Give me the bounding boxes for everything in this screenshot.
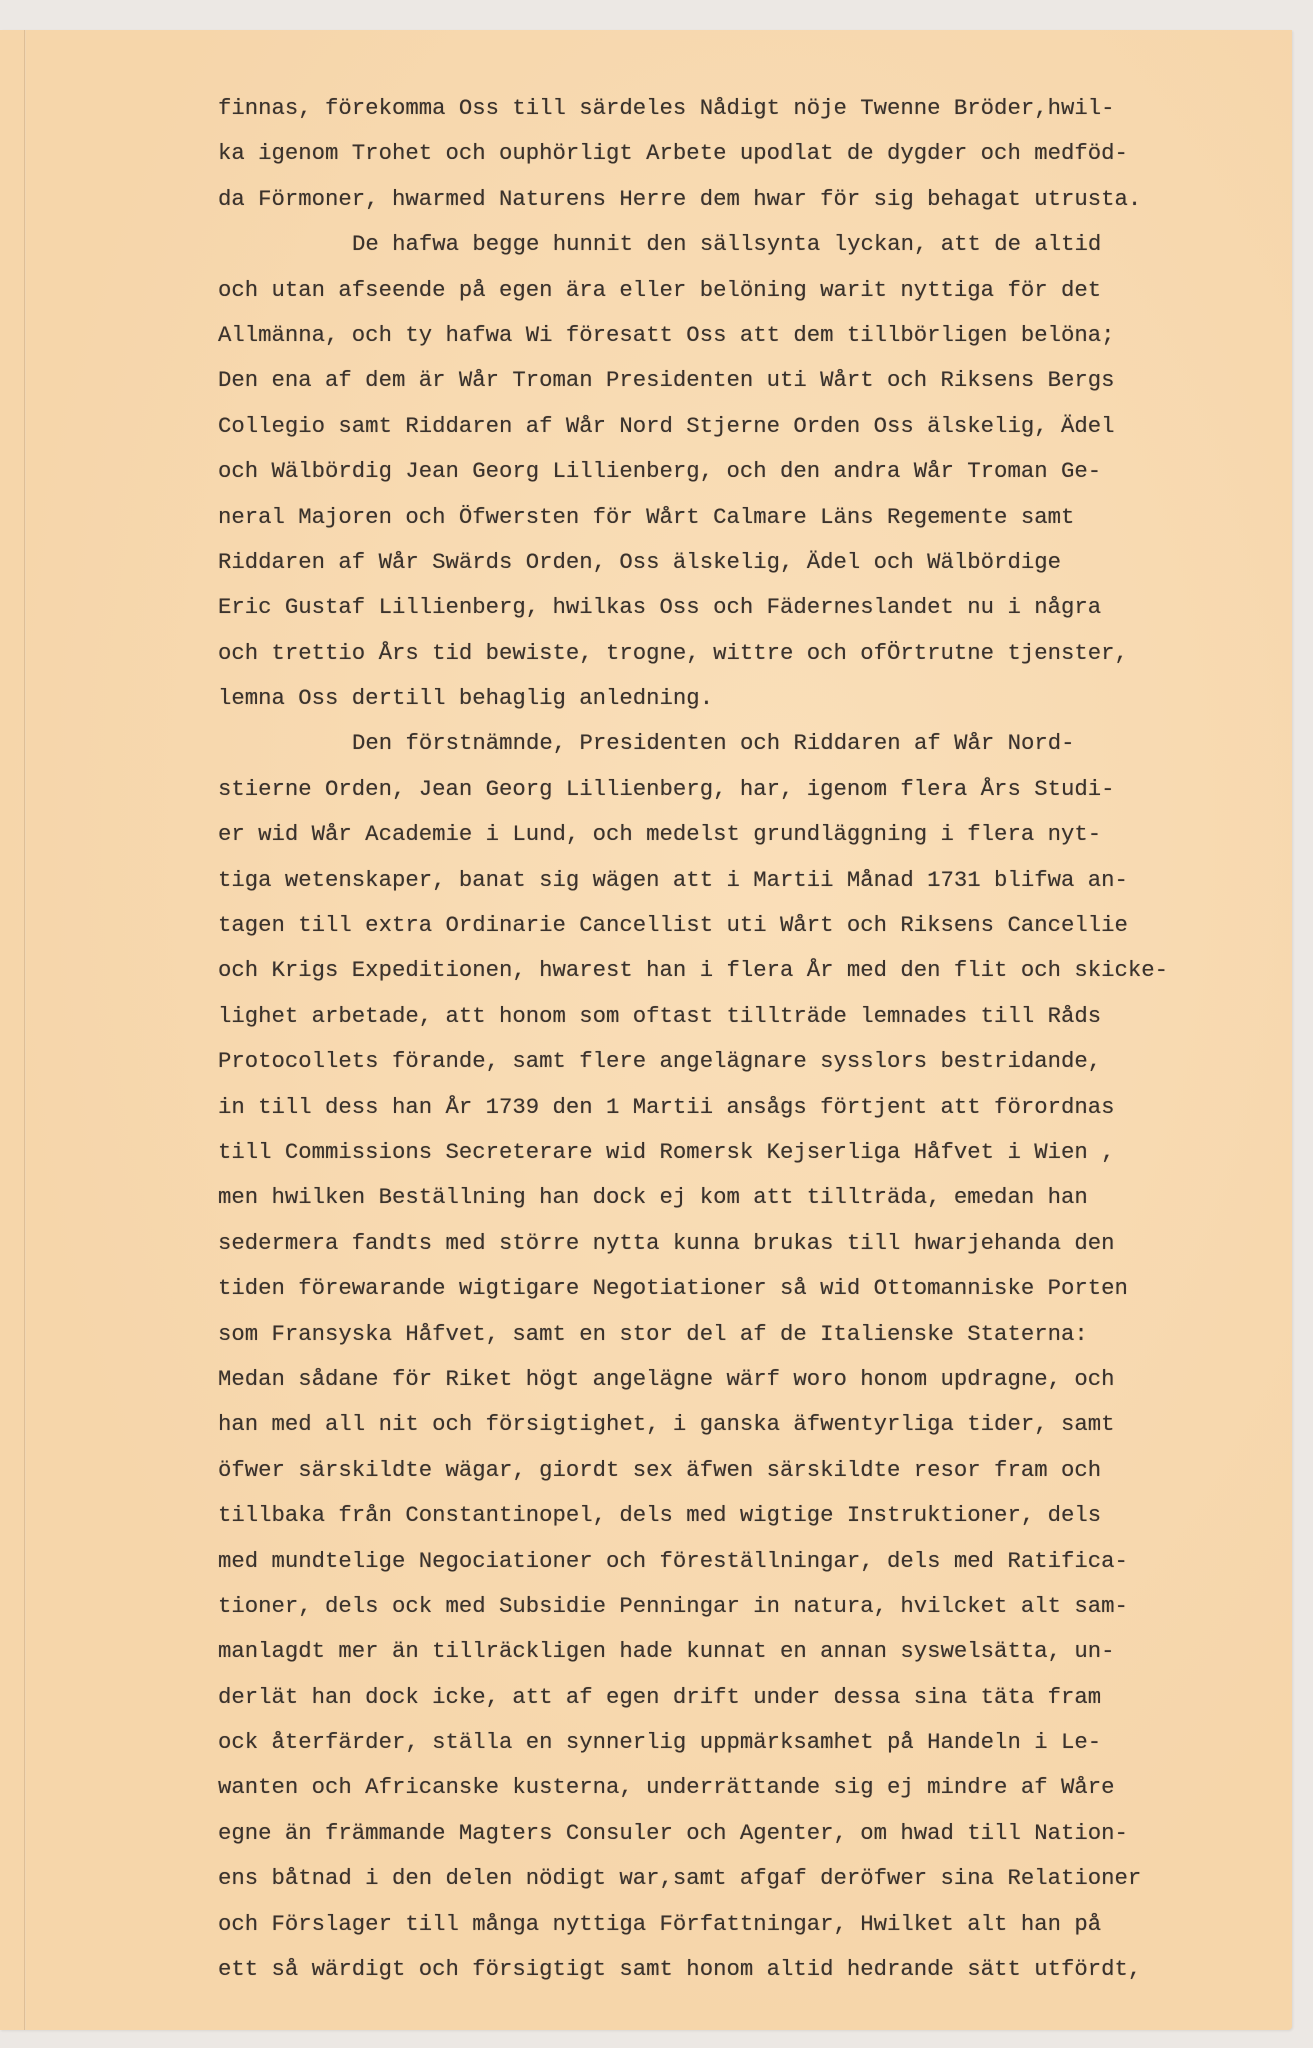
text-line: öfwer särskildte wägar, giordt sex äfwen…	[218, 1448, 1278, 1493]
text-line: och trettio Års tid bewiste, trogne, wit…	[218, 631, 1278, 676]
text-line: finnas, förekomma Oss till särdeles Nådi…	[218, 86, 1278, 131]
text-line: med mundtelige Negociationer och förestä…	[218, 1539, 1278, 1584]
text-line: tiden förewarande wigtigare Negotiatione…	[218, 1266, 1278, 1311]
typewritten-text-body: finnas, förekomma Oss till särdeles Nådi…	[218, 86, 1278, 1992]
text-line: han med all nit och försigtighet, i gans…	[218, 1402, 1278, 1447]
text-line: Allmänna, och ty hafwa Wi föresatt Oss a…	[218, 313, 1278, 358]
paragraph-first-line: De hafwa begge hunnit den sällsynta lyck…	[218, 222, 1278, 267]
text-line: ens båtnad i den delen nödigt war,samt a…	[218, 1856, 1278, 1901]
text-line: som Fransyska Håfvet, samt en stor del a…	[218, 1312, 1278, 1357]
text-line: tagen till extra Ordinarie Cancellist ut…	[218, 903, 1278, 948]
text-line: Collegio samt Riddaren af Wår Nord Stjer…	[218, 404, 1278, 449]
page-fold-line	[24, 30, 26, 2030]
text-line: tillbaka från Constantinopel, dels med w…	[218, 1493, 1278, 1538]
text-line: manlagdt mer än tillräckligen hade kunna…	[218, 1629, 1278, 1674]
text-line: Eric Gustaf Lillienberg, hwilkas Oss och…	[218, 585, 1278, 630]
text-line: Den ena af dem är Wår Troman Presidenten…	[218, 358, 1278, 403]
text-line: men hwilken Beställning han dock ej kom …	[218, 1175, 1278, 1220]
text-line: in till dess han År 1739 den 1 Martii an…	[218, 1085, 1278, 1130]
text-line: och utan afseende på egen ära eller belö…	[218, 268, 1278, 313]
text-line: stierne Orden, Jean Georg Lillienberg, h…	[218, 767, 1278, 812]
text-line: er wid Wår Academie i Lund, och medelst …	[218, 812, 1278, 857]
text-line: neral Majoren och Öfwersten för Wårt Cal…	[218, 495, 1278, 540]
text-line: ock återfärder, ställa en synnerlig uppm…	[218, 1720, 1278, 1765]
text-line: ka igenom Trohet och ouphörligt Arbete u…	[218, 131, 1278, 176]
paragraph-first-line: Den förstnämnde, Presidenten och Riddare…	[218, 721, 1278, 766]
text-line: lighet arbetade, att honom som oftast ti…	[218, 994, 1278, 1039]
text-line: ett så wärdigt och försigtigt samt honom…	[218, 1947, 1278, 1992]
text-line: derlät han dock icke, att af egen drift …	[218, 1675, 1278, 1720]
text-line: Riddaren af Wår Swärds Orden, Oss älskel…	[218, 540, 1278, 585]
text-line: lemna Oss dertill behaglig anledning.	[218, 676, 1278, 721]
text-line: tioner, dels ock med Subsidie Penningar …	[218, 1584, 1278, 1629]
text-line: tiga wetenskaper, banat sig wägen att i …	[218, 858, 1278, 903]
text-line: Medan sådane för Riket högt angelägne wä…	[218, 1357, 1278, 1402]
text-line: da Förmoner, hwarmed Naturens Herre dem …	[218, 177, 1278, 222]
text-line: och Wälbördig Jean Georg Lillienberg, oc…	[218, 449, 1278, 494]
text-line: Protocollets förande, samt flere angeläg…	[218, 1039, 1278, 1084]
text-line: wanten och Africanske kusterna, underrät…	[218, 1765, 1278, 1810]
text-line: sedermera fandts med större nytta kunna …	[218, 1221, 1278, 1266]
text-line: egne än främmande Magters Consuler och A…	[218, 1811, 1278, 1856]
text-line: och Förslager till många nyttiga Författ…	[218, 1902, 1278, 1947]
text-line: och Krigs Expeditionen, hwarest han i fl…	[218, 948, 1278, 993]
document-page: finnas, förekomma Oss till särdeles Nådi…	[0, 30, 1292, 2030]
text-line: till Commissions Secreterare wid Romersk…	[218, 1130, 1278, 1175]
